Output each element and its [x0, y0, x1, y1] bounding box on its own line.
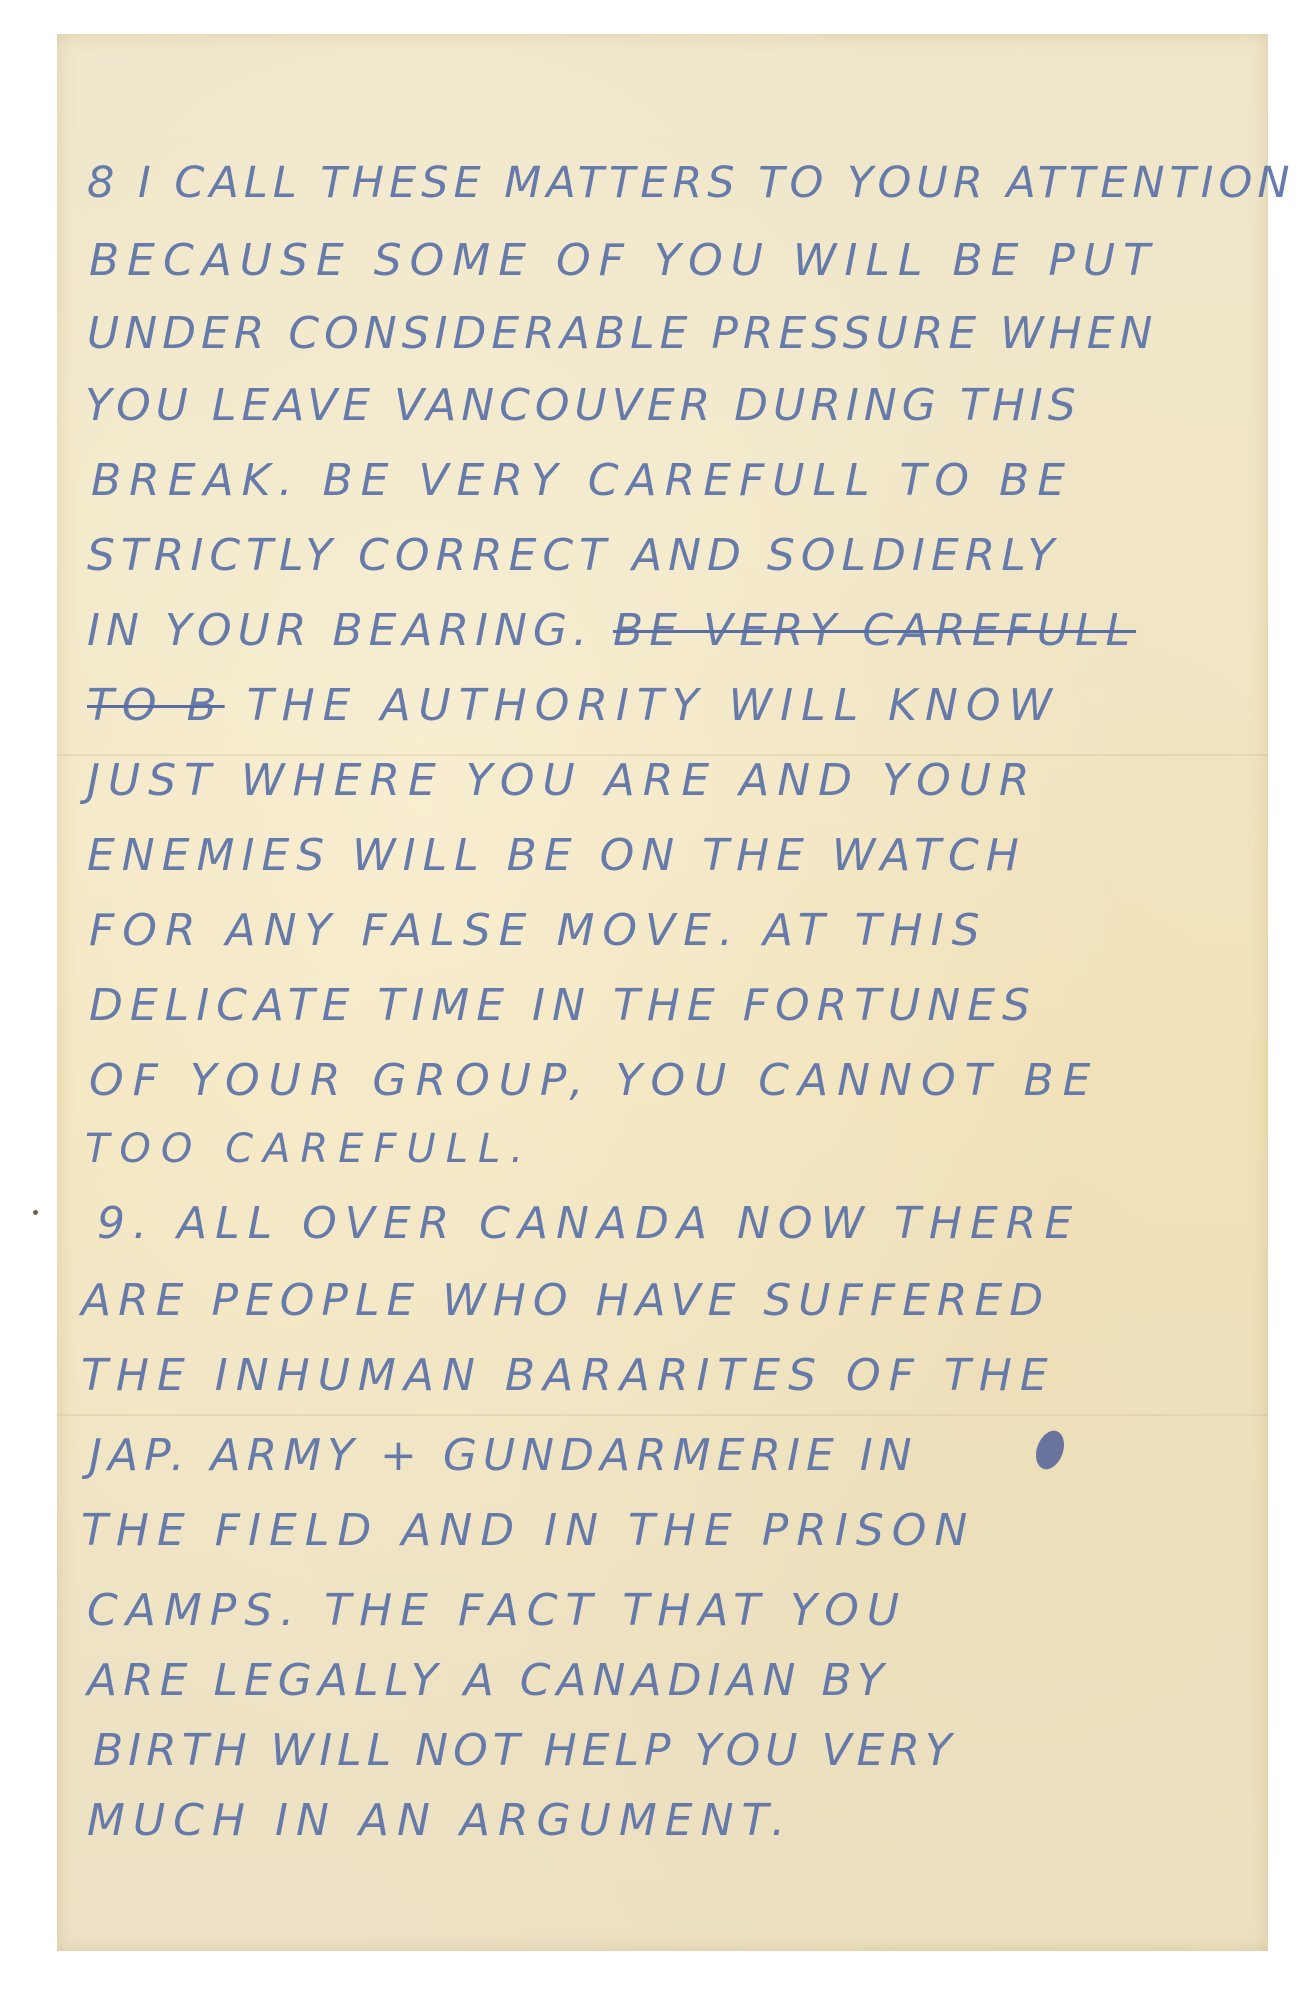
letter-line: STRICTLY CORRECT AND SOLDIERLY: [87, 534, 1060, 578]
letter-line: BREAK. BE VERY CAREFULL TO BE: [91, 459, 1073, 503]
letter-line: BIRTH WILL NOT HELP YOU VERY: [93, 1729, 957, 1773]
struck-text: TO B: [87, 680, 225, 731]
letter-line: JUST WHERE YOU ARE AND YOUR: [87, 759, 1038, 803]
letter-line: JAP. ARMY + GUNDARMERIE IN: [89, 1434, 918, 1478]
letter-line: ARE LEGALLY A CANADIAN BY: [87, 1659, 890, 1703]
letter-line: TO B THE AUTHORITY WILL KNOW: [87, 684, 1060, 728]
letter-line: ENEMIES WILL BE ON THE WATCH: [87, 834, 1026, 878]
struck-text: BE VERY CAREFULL: [613, 605, 1136, 656]
letter-line: ARE PEOPLE WHO HAVE SUFFERED: [81, 1279, 1050, 1323]
letter-line: CAMPS. THE FACT THAT YOU: [87, 1589, 907, 1633]
letter-line: OF YOUR GROUP, YOU CANNOT BE: [89, 1059, 1099, 1103]
letter-line: TOO CAREFULL.: [85, 1129, 533, 1169]
letter-line: FOR ANY FALSE MOVE. AT THIS: [89, 909, 988, 953]
letter-line: 8 I CALL THESE MATTERS TO YOUR ATTENTION: [87, 162, 1295, 205]
ink-dot: [33, 1210, 38, 1215]
letter-line: BECAUSE SOME OF YOU WILL BE PUT: [89, 239, 1158, 283]
letter-line: UNDER CONSIDERABLE PRESSURE WHEN: [87, 312, 1157, 356]
letter-page: 8 I CALL THESE MATTERS TO YOUR ATTENTION…: [57, 34, 1268, 1951]
letter-line: IN YOUR BEARING. BE VERY CAREFULL: [87, 609, 1136, 653]
letter-line: MUCH IN AN ARGUMENT.: [87, 1799, 793, 1843]
line-text: IN YOUR BEARING.: [87, 605, 593, 656]
letter-line: YOU LEAVE VANCOUVER DURING THIS: [85, 384, 1081, 428]
letter-line: THE FIELD AND IN THE PRISON: [81, 1509, 975, 1553]
letter-line: DELICATE TIME IN THE FORTUNES: [89, 984, 1037, 1028]
paper-fold-line: [57, 1414, 1268, 1416]
letter-line: THE INHUMAN BARARITES OF THE: [81, 1354, 1056, 1398]
letter-line: 9. ALL OVER CANADA NOW THERE: [97, 1202, 1080, 1246]
ink-blot-scribble: [1031, 1427, 1069, 1473]
line-text: THE AUTHORITY WILL KNOW: [247, 680, 1060, 731]
